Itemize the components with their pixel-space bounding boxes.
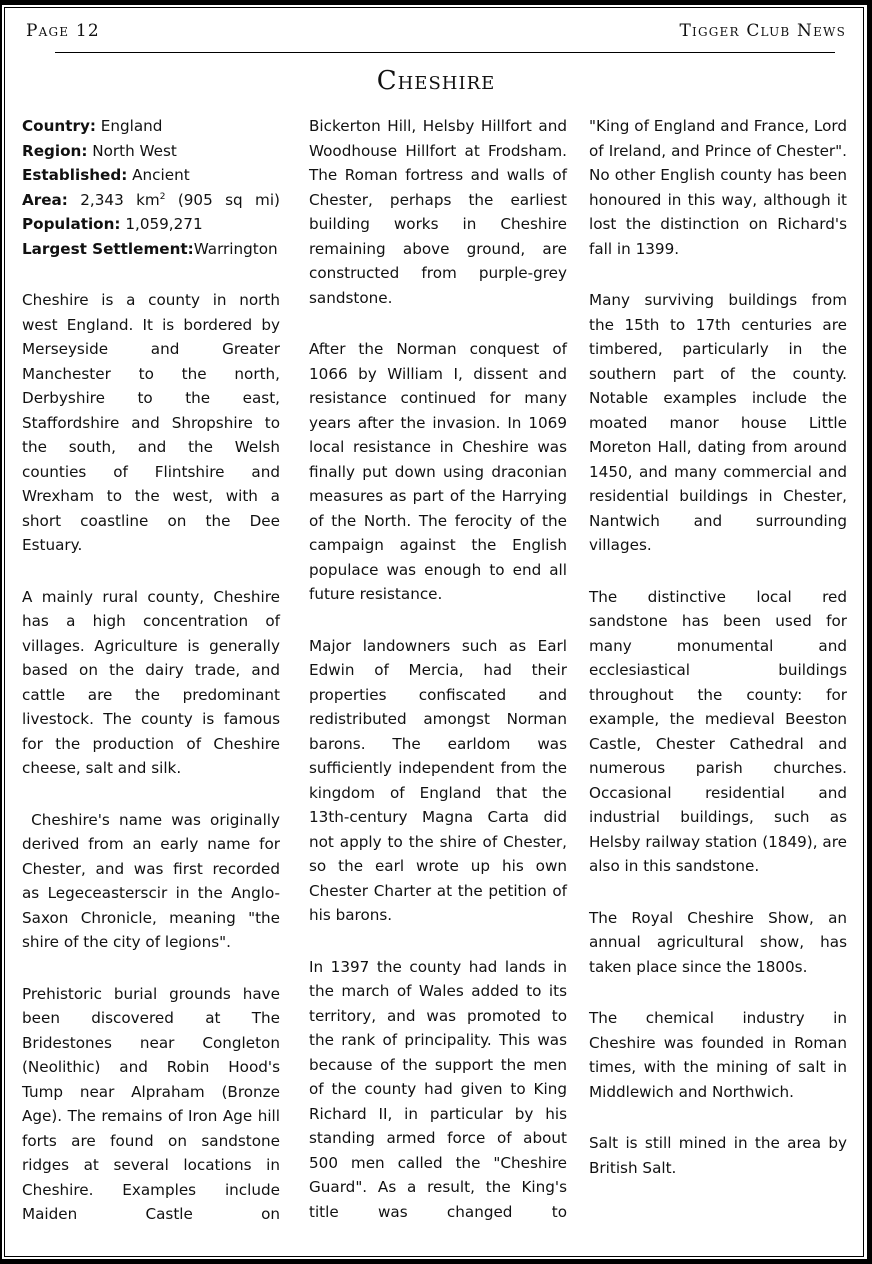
fact-established: Established: Ancient: [22, 163, 280, 188]
paragraph: The Royal Cheshire Show, an annual agric…: [589, 906, 847, 980]
fact-area: Area: 2,343 km2 (905 sq mi): [22, 188, 280, 213]
paragraph: A mainly rural county, Cheshire has a hi…: [22, 585, 280, 781]
fact-value: England: [101, 117, 163, 135]
superscript: 2: [160, 192, 166, 202]
paragraph: Many surviving buildings from the 15th t…: [589, 288, 847, 558]
publication-name: Tigger Club News: [680, 21, 847, 41]
page-number: Page 12: [26, 21, 100, 41]
fact-value-number: 2,343: [80, 188, 123, 213]
fact-label: Country:: [22, 117, 96, 135]
fact-label: Established:: [22, 166, 127, 184]
paragraph: Cheshire's name was originally derived f…: [22, 808, 280, 955]
fact-value: North West: [92, 142, 177, 160]
paragraph: In 1397 the county had lands in the marc…: [309, 955, 567, 1225]
fact-value: Ancient: [132, 166, 190, 184]
article-title: Cheshire: [0, 66, 872, 96]
column-3: "King of England and France, Lord of Ire…: [589, 114, 847, 1207]
column-2: Bickerton Hill, Helsby Hillfort and Wood…: [309, 114, 567, 1251]
paragraph: The chemical industry in Cheshire was fo…: [589, 1006, 847, 1104]
fact-country: Country: England: [22, 114, 280, 139]
fact-value-unit: km2: [136, 188, 165, 213]
paragraph: Salt is still mined in the area by Briti…: [589, 1131, 847, 1180]
fact-region: Region: North West: [22, 139, 280, 164]
column-1: Country: England Region: North West Esta…: [22, 114, 280, 1254]
fact-value: Warrington: [194, 240, 278, 258]
paragraph: Major landowners such as Earl Edwin of M…: [309, 634, 567, 928]
running-header: Page 12 Tigger Club News: [26, 21, 846, 43]
fact-population: Population: 1,059,271: [22, 212, 280, 237]
fact-value-alt: sq: [225, 188, 243, 213]
fact-label: Largest Settlement:: [22, 240, 194, 258]
paragraph: Prehistoric burial grounds have been dis…: [22, 982, 280, 1227]
fact-value-alt: mi): [255, 188, 280, 213]
header-rule: [55, 52, 835, 53]
paragraph: Bickerton Hill, Helsby Hillfort and Wood…: [309, 114, 567, 310]
paragraph: After the Norman conquest of 1066 by Wil…: [309, 337, 567, 607]
fact-label: Population:: [22, 215, 121, 233]
fact-box: Country: England Region: North West Esta…: [22, 114, 280, 261]
fact-label: Region:: [22, 142, 87, 160]
fact-value-alt: (905: [178, 188, 213, 213]
fact-value: 1,059,271: [125, 215, 202, 233]
fact-largest-settlement: Largest Settlement:Warrington: [22, 237, 280, 262]
paragraph: Cheshire is a county in north west Engla…: [22, 288, 280, 558]
fact-label: Area:: [22, 188, 68, 213]
paragraph: "King of England and France, Lord of Ire…: [589, 114, 847, 261]
paragraph: The distinctive local red sandstone has …: [589, 585, 847, 879]
